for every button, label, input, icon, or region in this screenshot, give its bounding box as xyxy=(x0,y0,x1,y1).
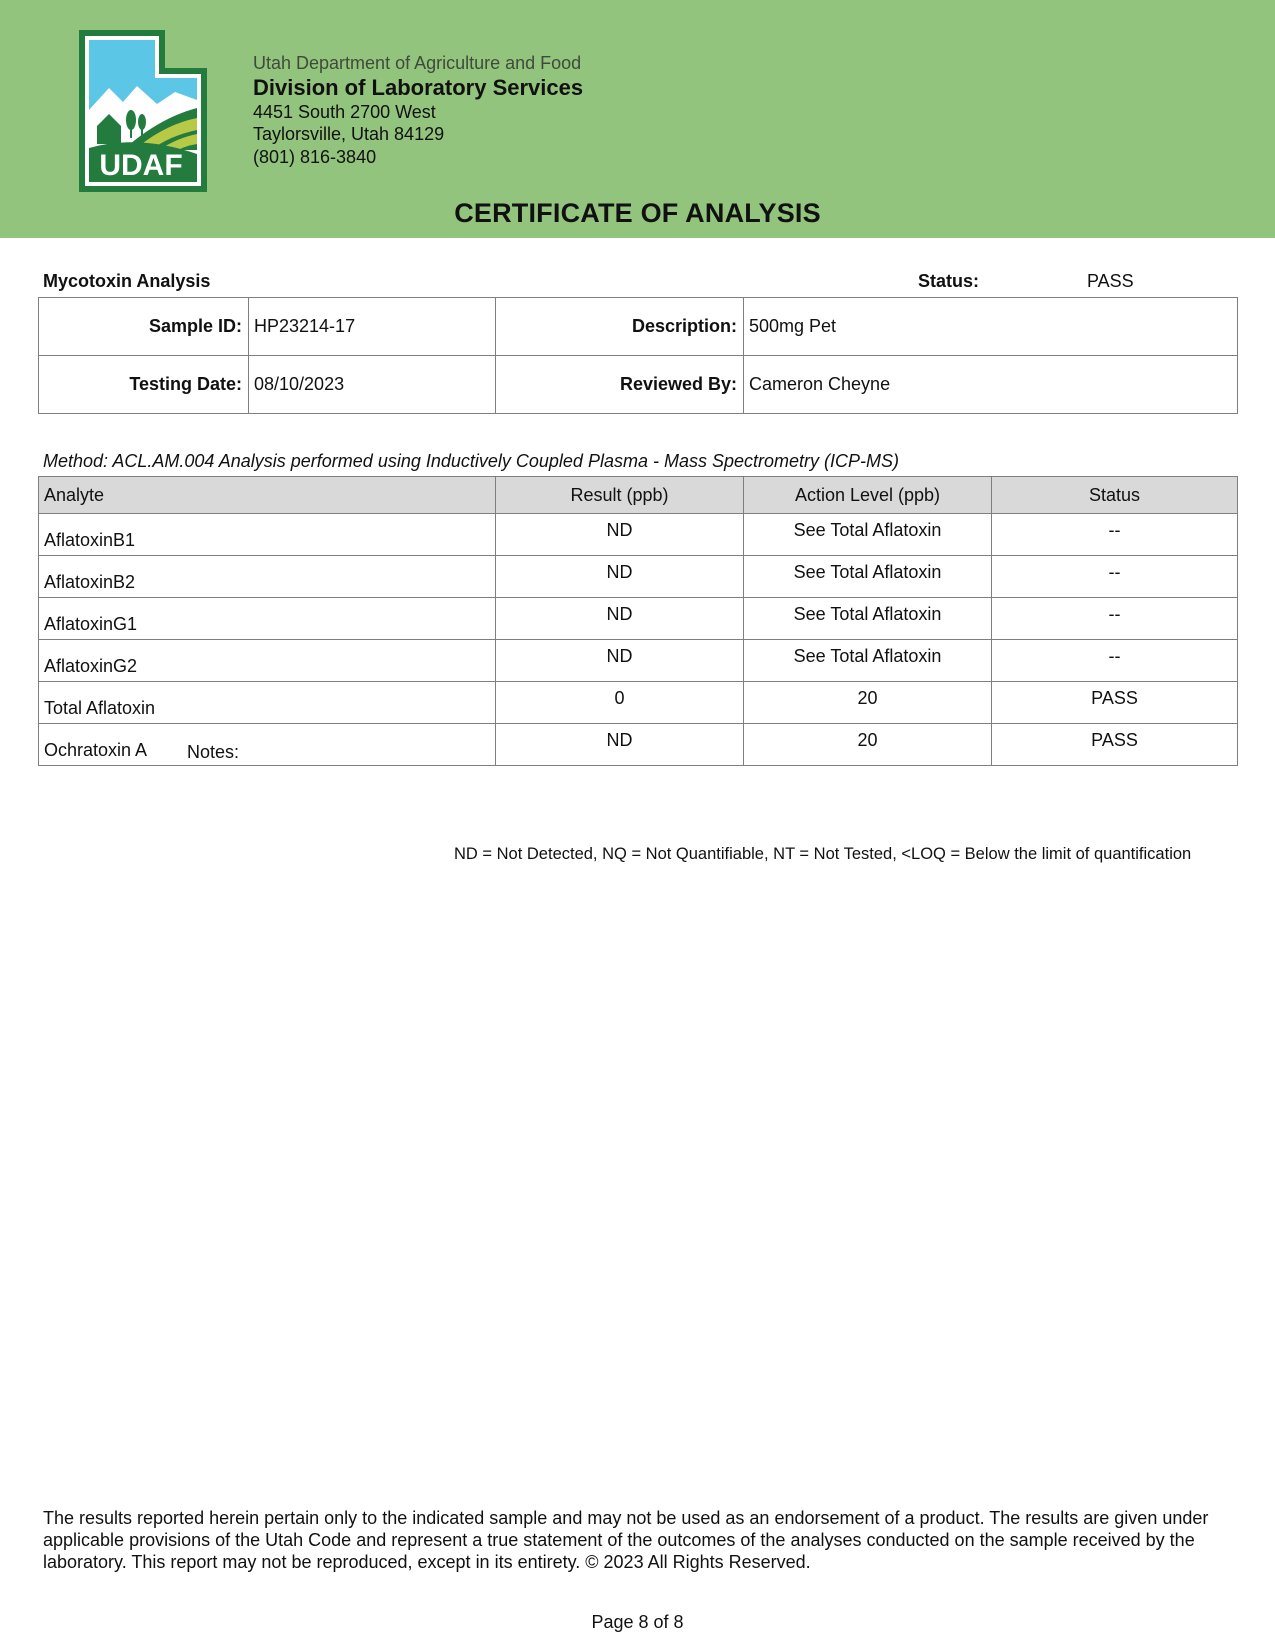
sample-id-label: Sample ID: xyxy=(39,298,249,356)
table-row: AflatoxinG2NDSee Total Aflatoxin-- xyxy=(39,640,1238,682)
sample-info-row: Sample ID: HP23214-17 Description: 500mg… xyxy=(39,298,1238,356)
result-cell: ND xyxy=(496,556,744,598)
phone-number: (801) 816-3840 xyxy=(253,146,583,169)
table-row: Total Aflatoxin020PASS xyxy=(39,682,1238,724)
abbreviation-legend: ND = Not Detected, NQ = Not Quantifiable… xyxy=(454,845,1191,864)
analyte-cell: Total Aflatoxin xyxy=(39,682,496,724)
disclaimer-text: The results reported herein pertain only… xyxy=(43,1507,1243,1573)
result-cell: 0 xyxy=(496,682,744,724)
action-level-cell: 20 xyxy=(744,682,992,724)
action-level-cell: See Total Aflatoxin xyxy=(744,556,992,598)
results-header-row: Analyte Result (ppb) Action Level (ppb) … xyxy=(39,477,1238,514)
action-level-cell: See Total Aflatoxin xyxy=(744,640,992,682)
svg-text:UDAF: UDAF xyxy=(99,149,182,182)
notes-label: Notes: xyxy=(187,742,239,763)
page-indicator: Page 8 of 8 xyxy=(0,1612,1275,1633)
column-header-result: Result (ppb) xyxy=(496,477,744,514)
status-cell: PASS xyxy=(992,682,1238,724)
analyte-cell: AflatoxinB2 xyxy=(39,556,496,598)
column-header-action-level: Action Level (ppb) xyxy=(744,477,992,514)
column-header-analyte: Analyte xyxy=(39,477,496,514)
table-row: AflatoxinB1NDSee Total Aflatoxin-- xyxy=(39,514,1238,556)
address-line1: 4451 South 2700 West xyxy=(253,101,583,124)
status-cell: -- xyxy=(992,640,1238,682)
organization-info: Utah Department of Agriculture and Food … xyxy=(253,52,583,168)
table-row: AflatoxinB2NDSee Total Aflatoxin-- xyxy=(39,556,1238,598)
reviewed-by-value: Cameron Cheyne xyxy=(744,356,1238,414)
testing-date-label: Testing Date: xyxy=(39,356,249,414)
result-cell: ND xyxy=(496,598,744,640)
department-name: Utah Department of Agriculture and Food xyxy=(253,52,583,75)
analyte-cell: AflatoxinG1 xyxy=(39,598,496,640)
page-header: UDAF Utah Department of Agriculture and … xyxy=(0,0,1275,238)
reviewed-by-label: Reviewed By: xyxy=(496,356,744,414)
analyte-cell: AflatoxinG2 xyxy=(39,640,496,682)
section-title: Mycotoxin Analysis xyxy=(43,271,210,292)
udaf-logo-icon: UDAF xyxy=(79,30,207,192)
table-row: AflatoxinG1NDSee Total Aflatoxin-- xyxy=(39,598,1238,640)
status-cell: PASS xyxy=(992,724,1238,766)
description-label: Description: xyxy=(496,298,744,356)
analyte-cell: Ochratoxin A xyxy=(39,724,496,766)
status-cell: -- xyxy=(992,514,1238,556)
overall-status-label: Status: xyxy=(918,271,979,292)
action-level-cell: See Total Aflatoxin xyxy=(744,514,992,556)
method-description: Method: ACL.AM.004 Analysis performed us… xyxy=(43,451,899,472)
sample-info-table: Sample ID: HP23214-17 Description: 500mg… xyxy=(38,297,1238,414)
result-cell: ND xyxy=(496,640,744,682)
status-cell: -- xyxy=(992,598,1238,640)
overall-status-value: PASS xyxy=(1087,271,1134,292)
result-cell: ND xyxy=(496,724,744,766)
action-level-cell: See Total Aflatoxin xyxy=(744,598,992,640)
sample-info-row: Testing Date: 08/10/2023 Reviewed By: Ca… xyxy=(39,356,1238,414)
description-value: 500mg Pet xyxy=(744,298,1238,356)
sample-id-value: HP23214-17 xyxy=(249,298,496,356)
action-level-cell: 20 xyxy=(744,724,992,766)
address-line2: Taylorsville, Utah 84129 xyxy=(253,123,583,146)
analyte-cell: AflatoxinB1 xyxy=(39,514,496,556)
status-cell: -- xyxy=(992,556,1238,598)
result-cell: ND xyxy=(496,514,744,556)
document-title: CERTIFICATE OF ANALYSIS xyxy=(0,198,1275,229)
column-header-status: Status xyxy=(992,477,1238,514)
testing-date-value: 08/10/2023 xyxy=(249,356,496,414)
results-table: Analyte Result (ppb) Action Level (ppb) … xyxy=(38,476,1238,766)
division-name: Division of Laboratory Services xyxy=(253,75,583,101)
